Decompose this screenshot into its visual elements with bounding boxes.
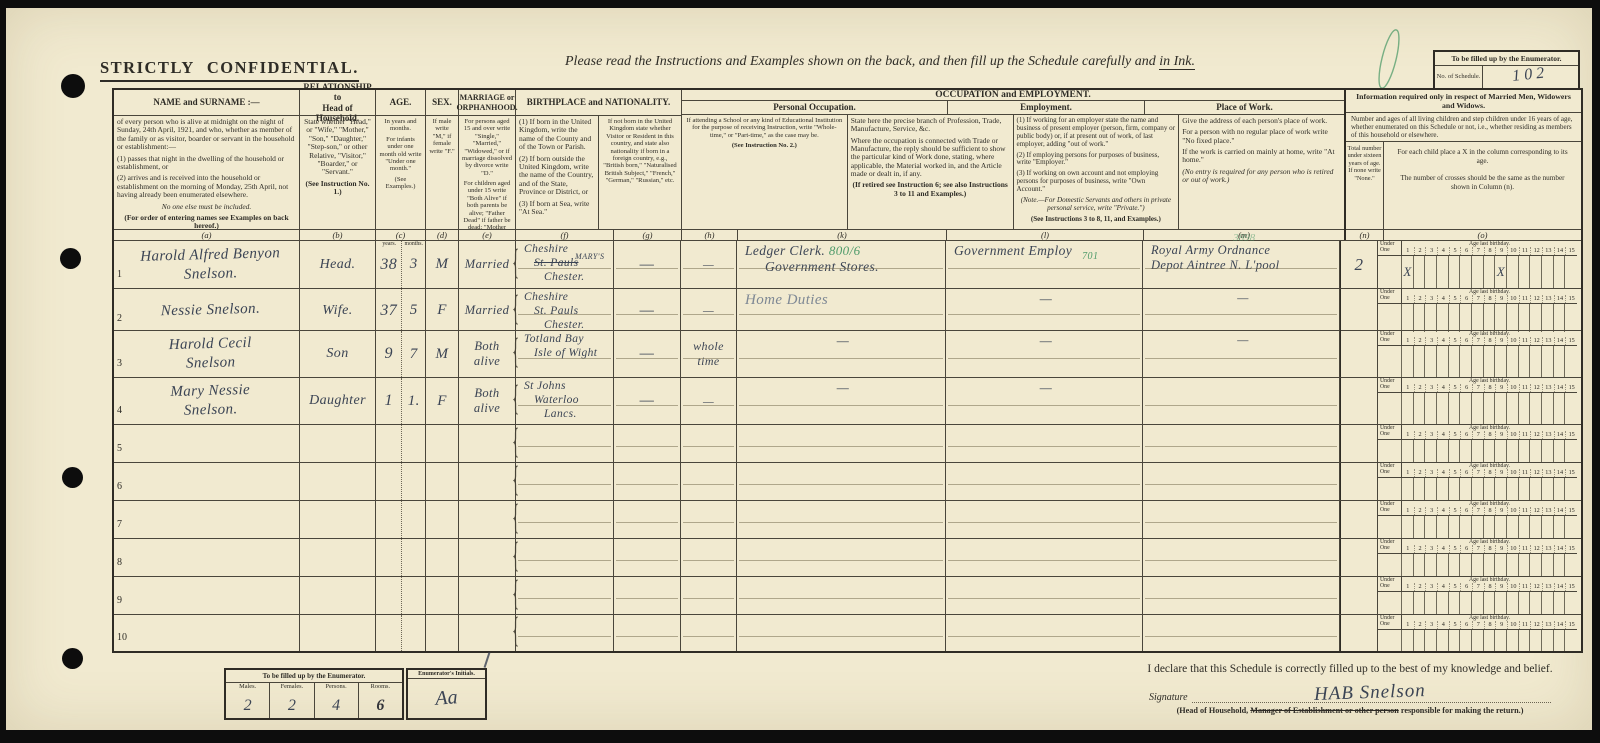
relationship-cell: Daughter: [300, 378, 376, 424]
age-cell-11: [1519, 304, 1531, 332]
age-number: 10: [1507, 507, 1519, 515]
age-cell-2: [1414, 592, 1426, 614]
relationship-cell: [300, 425, 376, 462]
occupation-line: —: [745, 380, 941, 396]
work-lines: [1143, 615, 1339, 617]
age-cell-12: [1530, 478, 1542, 500]
age-number: 12: [1530, 621, 1542, 629]
age-number: 7: [1472, 583, 1484, 591]
place-of-work-cell: [1143, 378, 1340, 424]
employment-lines: [946, 501, 1142, 503]
age-number: 14: [1554, 384, 1566, 392]
occupation-cell: [737, 539, 946, 576]
name-value: Harold Alfred Benyon Snelson.: [121, 239, 299, 291]
child-age-grid: Under OneAge last birthday.1234567891011…: [1378, 425, 1577, 462]
col-header-sex: SEX. If male write "M," if female write …: [426, 90, 459, 240]
age-cell-9: [1495, 516, 1507, 538]
age-number: 13: [1542, 431, 1554, 439]
age-cell-12: [1530, 346, 1542, 377]
birthplace-line: St. Pauls: [534, 305, 579, 319]
birthplace-lines: CheshireSt. PaulsMARY'SChester.: [516, 241, 613, 284]
sex-cell: [426, 577, 459, 614]
age-cell-4: [1437, 516, 1449, 538]
age-number: 3: [1425, 507, 1437, 515]
birthplace-line: Cheshire: [524, 291, 568, 305]
age-cell-6: [1460, 478, 1472, 500]
schedule-row: 10{Under OneAge last birthday.1234567891…: [114, 614, 1581, 651]
under-one-label: Under One: [1378, 501, 1402, 515]
age-number: 5: [1449, 247, 1461, 255]
declaration-text: I declare that this Schedule is correctl…: [1135, 663, 1565, 675]
name-value: [122, 537, 300, 579]
age-number: 11: [1519, 384, 1531, 392]
age-numbers: 123456789101112131415: [1402, 621, 1577, 629]
row-brace: {: [512, 334, 519, 375]
age-cell-12: [1530, 304, 1542, 332]
age-number: 11: [1519, 583, 1531, 591]
row-brace: {: [512, 613, 519, 654]
relationship-cell: [300, 501, 376, 538]
sex-cell: [426, 615, 459, 651]
child-age-grid-body: [1378, 554, 1577, 576]
age-cell-10: [1507, 256, 1519, 288]
age-number: 7: [1472, 295, 1484, 303]
age-years-value: 38: [376, 241, 402, 288]
age-cell-14: [1554, 516, 1566, 538]
school-attendance-cell: [681, 463, 737, 500]
child-age-grid: Under OneAge last birthday.1234567891011…: [1378, 241, 1577, 288]
age-cell-14: [1554, 304, 1566, 332]
age-cell-11: [1519, 478, 1531, 500]
age-cell-7: [1472, 554, 1484, 576]
age-cell-13: [1542, 393, 1554, 424]
age-cell-15: [1565, 346, 1577, 377]
age-number: 7: [1472, 507, 1484, 515]
occupation-lines: —: [737, 378, 945, 396]
school-attendance-cell: —: [681, 241, 737, 288]
age-numbers: 123456789101112131415: [1402, 295, 1577, 303]
age-cell: [376, 577, 426, 614]
age-number: 15: [1565, 431, 1577, 439]
age-number: 2: [1414, 295, 1426, 303]
age-number: 12: [1530, 545, 1542, 553]
age-number: 15: [1565, 621, 1577, 629]
age-cell-15: [1565, 393, 1577, 424]
age-numbers: 123456789101112131415: [1402, 384, 1577, 392]
sex-cell: [426, 501, 459, 538]
age-number: 12: [1530, 247, 1542, 255]
children-ages-cell: Under OneAge last birthday.1234567891011…: [1378, 241, 1577, 288]
age-number: 10: [1507, 583, 1519, 591]
col-header-birthplace-group: BIRTHPLACE and NATIONALITY. (1) If born …: [516, 90, 682, 240]
age-cell-15: [1565, 256, 1577, 288]
occupation-lines: [737, 577, 945, 579]
punch-hole: [60, 248, 81, 269]
nationality-cell: [614, 577, 681, 614]
nationality-cell: [614, 463, 681, 500]
age-number: 4: [1437, 295, 1449, 303]
age-number: 2: [1414, 469, 1426, 477]
age-months-value: [402, 615, 425, 651]
age-number: 12: [1530, 583, 1542, 591]
green-pencil-mark: [1372, 24, 1406, 94]
age-cell-7: [1472, 256, 1484, 288]
age-number: 11: [1519, 507, 1531, 515]
nationality-cell: —: [614, 378, 681, 424]
age-years-value: 1: [376, 378, 402, 424]
name-column-title: NAME and SURNAME :—: [114, 90, 299, 116]
place-of-work-cell: —: [1143, 331, 1340, 377]
age-number: 2: [1414, 583, 1426, 591]
child-age-grid-body: [1378, 478, 1577, 500]
occupation-cell: [737, 501, 946, 538]
age-cell-11: [1519, 630, 1531, 651]
age-number: 6: [1460, 247, 1472, 255]
age-number: 14: [1554, 469, 1566, 477]
age-cell-13: [1542, 516, 1554, 538]
age-months-value: [402, 539, 425, 576]
child-age-grid: Under OneAge last birthday.1234567891011…: [1378, 615, 1577, 651]
age-cell-11: [1519, 256, 1531, 288]
years-label: years.: [376, 241, 402, 247]
birthplace-correction: MARY'S: [575, 252, 604, 262]
occupation-line: Government Stores.: [765, 259, 941, 275]
sex-cell: [426, 463, 459, 500]
marriage-cell: [459, 501, 516, 538]
under-one-label: Under One: [1378, 577, 1402, 591]
age-cell-3: [1425, 440, 1437, 462]
age-number: 7: [1472, 247, 1484, 255]
occupation-lines: [737, 615, 945, 617]
child-age-grid-body: XX: [1378, 256, 1577, 288]
nationality-cell: [614, 539, 681, 576]
age-cell: [376, 501, 426, 538]
under-one-cell: [1378, 304, 1402, 332]
age-cell-6: [1460, 554, 1472, 576]
age-cell-9: X: [1495, 256, 1507, 288]
age-cell-4: [1437, 304, 1449, 332]
age-number: 13: [1542, 621, 1554, 629]
age-number: 10: [1507, 431, 1519, 439]
age-number: 8: [1484, 507, 1496, 515]
age-cell-2: [1414, 440, 1426, 462]
age-number: 14: [1554, 507, 1566, 515]
children-total-cell: [1340, 425, 1378, 462]
age-cell-1: [1402, 440, 1414, 462]
age-cell-5: [1449, 393, 1461, 424]
occupation-cell: Home Duties: [737, 289, 946, 332]
age-number: 2: [1414, 384, 1426, 392]
age-number: 11: [1519, 247, 1531, 255]
age-cell-8: [1484, 516, 1496, 538]
age-cell-2: [1414, 630, 1426, 651]
child-age-grid: Under OneAge last birthday.1234567891011…: [1378, 378, 1577, 424]
age-number: 4: [1437, 247, 1449, 255]
employment-cell: [946, 615, 1143, 651]
occupation-lines: [737, 539, 945, 541]
age-cell-2: [1414, 516, 1426, 538]
age-number: 4: [1437, 545, 1449, 553]
work-line: Depot Aintree N. L'pool: [1151, 258, 1335, 273]
age-number: 15: [1565, 545, 1577, 553]
work-line: Royal Army Ordnance: [1151, 243, 1335, 258]
age-number: 4: [1437, 507, 1449, 515]
age-number: 14: [1554, 247, 1566, 255]
nationality-cell: —: [614, 331, 681, 377]
age-years-value: [376, 615, 402, 651]
under-one-label: Under One: [1378, 615, 1402, 629]
age-number: 14: [1554, 431, 1566, 439]
age-subheaders: years.months.: [376, 241, 425, 247]
age-cell-12: [1530, 554, 1542, 576]
birthplace-line: Totland Bay: [524, 333, 584, 347]
nationality-cell: [614, 615, 681, 651]
birthplace-line: Cheshire: [524, 243, 568, 257]
age-cell-11: [1519, 393, 1531, 424]
marriage-cell: Married: [459, 241, 516, 288]
birthplace-cell: {: [516, 501, 614, 538]
work-lines: [1143, 501, 1339, 503]
age-number: 14: [1554, 337, 1566, 345]
age-cell-7: [1472, 478, 1484, 500]
birthplace-cell: {: [516, 425, 614, 462]
age-cell-13: [1542, 256, 1554, 288]
birthplace-lines: [516, 425, 613, 427]
age-number: 3: [1425, 583, 1437, 591]
employment-cell: —: [946, 289, 1143, 332]
age-number: 14: [1554, 545, 1566, 553]
age-cell-6: [1460, 516, 1472, 538]
under-one-cell: [1378, 256, 1402, 288]
col-header-occupation-group: OCCUPATION and EMPLOYMENT. Personal Occu…: [682, 90, 1344, 240]
schedule-row: 6{Under OneAge last birthday.12345678910…: [114, 462, 1581, 500]
age-number: 5: [1449, 583, 1461, 591]
age-cell-1: [1402, 346, 1414, 377]
age-months-value: [402, 501, 425, 538]
col-header-name: NAME and SURNAME :— of every person who …: [114, 90, 300, 240]
place-of-work-cell: Royal Army OrdnanceDepot Aintree N. L'po…: [1143, 241, 1340, 288]
age-cell: 375: [376, 289, 426, 332]
age-cell-15: [1565, 516, 1577, 538]
punch-hole: [61, 74, 85, 98]
age-cell-14: [1554, 256, 1566, 288]
age-number: 6: [1460, 384, 1472, 392]
row-number: 10: [117, 632, 127, 643]
age-number: 9: [1495, 431, 1507, 439]
birthplace-line: Lancs.: [544, 408, 577, 422]
col-header-children-info: Information required only in respect of …: [1344, 90, 1581, 240]
school-attendance-cell: [681, 539, 737, 576]
work-lines: [1143, 539, 1339, 541]
age-cell-5: [1449, 592, 1461, 614]
employment-cell: [946, 501, 1143, 538]
age-cell-10: [1507, 304, 1519, 332]
age-cell-3: [1425, 346, 1437, 377]
age-cell-1: [1402, 516, 1414, 538]
age-cell-10: [1507, 346, 1519, 377]
age-cell-8: [1484, 304, 1496, 332]
name-cell: 9: [114, 577, 300, 614]
age-number: 3: [1425, 384, 1437, 392]
age-number: 14: [1554, 583, 1566, 591]
age-cell-3: [1425, 554, 1437, 576]
age-cell-4: [1437, 554, 1449, 576]
age-years-value: [376, 577, 402, 614]
place-of-work-cell: [1143, 615, 1340, 651]
column-letter-n: (n): [1346, 230, 1384, 240]
occupation-cell: —: [737, 378, 946, 424]
children-ages-cell: Under OneAge last birthday.1234567891011…: [1378, 289, 1577, 332]
school-attendance-cell: [681, 577, 737, 614]
birthplace-line: Waterloo: [534, 394, 579, 408]
age-number: 7: [1472, 384, 1484, 392]
marriage-cell: Both alive: [459, 378, 516, 424]
under-one-label: Under One: [1378, 425, 1402, 439]
age-number: 15: [1565, 583, 1577, 591]
employment-cell: [946, 539, 1143, 576]
age-number: 9: [1495, 545, 1507, 553]
age-number: 5: [1449, 295, 1461, 303]
age-cell-9: [1495, 393, 1507, 424]
age-cell-14: [1554, 346, 1566, 377]
age-cell-8: [1484, 393, 1496, 424]
age-number: 12: [1530, 507, 1542, 515]
age-cell-14: [1554, 393, 1566, 424]
employment-cell: —: [946, 378, 1143, 424]
age-cell-14: [1554, 592, 1566, 614]
nationality-cell: —: [614, 241, 681, 288]
children-total-cell: [1340, 331, 1378, 377]
age-number: 10: [1507, 545, 1519, 553]
child-age-grid-body: [1378, 304, 1577, 332]
work-lines: Royal Army OrdnanceDepot Aintree N. L'po…: [1143, 241, 1339, 273]
age-number: 2: [1414, 507, 1426, 515]
age-number: 7: [1472, 469, 1484, 477]
age-years-value: [376, 501, 402, 538]
occupation-line: —: [745, 333, 941, 349]
age-months-value: [402, 425, 425, 462]
declaration-block: I declare that this Schedule is correctl…: [1135, 663, 1565, 715]
age-cell-5: [1449, 440, 1461, 462]
age-cell-8: [1484, 440, 1496, 462]
employment-lines: —: [946, 289, 1142, 307]
column-letter-f: (f): [516, 230, 614, 240]
age-number: 10: [1507, 295, 1519, 303]
children-total-cell: [1340, 289, 1378, 332]
work-line: —: [1151, 291, 1335, 306]
age-number: 11: [1519, 295, 1531, 303]
children-total-cell: 2: [1340, 241, 1378, 288]
age-numbers: 123456789101112131415: [1402, 247, 1577, 255]
marriage-cell: [459, 539, 516, 576]
age-number: 9: [1495, 621, 1507, 629]
birthplace-line: Chester.: [544, 271, 585, 285]
age-number: 6: [1460, 507, 1472, 515]
place-of-work-cell: [1143, 463, 1340, 500]
age-cell-13: [1542, 478, 1554, 500]
age-cell-6: [1460, 304, 1472, 332]
age-cell: years.months.383: [376, 241, 426, 288]
age-number: 1: [1402, 469, 1414, 477]
age-cell-13: [1542, 592, 1554, 614]
age-months-value: 7: [402, 331, 425, 377]
age-years-value: [376, 463, 402, 500]
age-cell-15: [1565, 630, 1577, 651]
age-cell-12: [1530, 440, 1542, 462]
age-number: 8: [1484, 247, 1496, 255]
birthplace-line: St Johns: [524, 380, 566, 394]
age-cell-15: [1565, 304, 1577, 332]
age-cell-2: [1414, 554, 1426, 576]
declaration-subtext: (Head of Household, Manager of Establish…: [1135, 706, 1565, 715]
under-one-label: Under One: [1378, 463, 1402, 477]
col-header-marriage: MARRIAGE or ORPHANHOOD. For persons aged…: [459, 90, 516, 240]
census-table: NAME and SURNAME :— of every person who …: [112, 88, 1583, 653]
sex-cell: [426, 425, 459, 462]
children-total-cell: [1340, 463, 1378, 500]
age-cell-9: [1495, 478, 1507, 500]
age-cell-5: [1449, 304, 1461, 332]
age-number: 15: [1565, 384, 1577, 392]
age-cell-2: [1414, 304, 1426, 332]
age-numbers: 123456789101112131415: [1402, 469, 1577, 477]
name-value: [122, 575, 300, 617]
enumerator-col-males: Males.2: [226, 683, 270, 718]
school-attendance-cell: —: [681, 378, 737, 424]
age-cell-4: [1437, 440, 1449, 462]
census-schedule-scan: STRICTLY CONFIDENTIAL. Please read the I…: [0, 0, 1600, 743]
child-age-grid-header: Under OneAge last birthday.1234567891011…: [1378, 241, 1577, 256]
child-age-grid-header: Under OneAge last birthday.1234567891011…: [1378, 378, 1577, 393]
marriage-cell: [459, 577, 516, 614]
age-cell-1: [1402, 554, 1414, 576]
age-number: 1: [1402, 621, 1414, 629]
age-cell-6: [1460, 440, 1472, 462]
name-value: Nessie Snelson.: [121, 287, 299, 335]
enumerator-initials-box: Enumerator's Initials. Aa: [406, 668, 487, 720]
age-cell-13: [1542, 630, 1554, 651]
age-number: 8: [1484, 384, 1496, 392]
occupation-text: Ledger Clerk.: [745, 243, 825, 258]
age-number: 6: [1460, 431, 1472, 439]
age-number: 13: [1542, 337, 1554, 345]
age-cell-12: [1530, 592, 1542, 614]
age-numbers: 123456789101112131415: [1402, 545, 1577, 553]
age-cell: 11.: [376, 378, 426, 424]
occupation-cell: —: [737, 331, 946, 377]
age-number: 4: [1437, 337, 1449, 345]
name-cell: 7: [114, 501, 300, 538]
marriage-cell: [459, 463, 516, 500]
children-ages-cell: Under OneAge last birthday.1234567891011…: [1378, 425, 1577, 462]
child-age-grid-body: [1378, 630, 1577, 651]
birthplace-lines: Totland BayIsle of Wight: [516, 331, 613, 361]
child-age-grid-body: [1378, 516, 1577, 538]
child-age-grid: Under OneAge last birthday.1234567891011…: [1378, 539, 1577, 576]
work-lines: [1143, 378, 1339, 380]
age-cell-9: [1495, 304, 1507, 332]
occupation-cell: Ledger Clerk. 800/6Government Stores.: [737, 241, 946, 288]
occupation-text: —: [837, 380, 849, 395]
age-cell: [376, 615, 426, 651]
age-number: 6: [1460, 469, 1472, 477]
age-cell-6: [1460, 393, 1472, 424]
age-years-value: [376, 539, 402, 576]
marriage-cell: [459, 425, 516, 462]
age-number: 7: [1472, 431, 1484, 439]
under-one-label: Under One: [1378, 539, 1402, 553]
age-number: 2: [1414, 545, 1426, 553]
